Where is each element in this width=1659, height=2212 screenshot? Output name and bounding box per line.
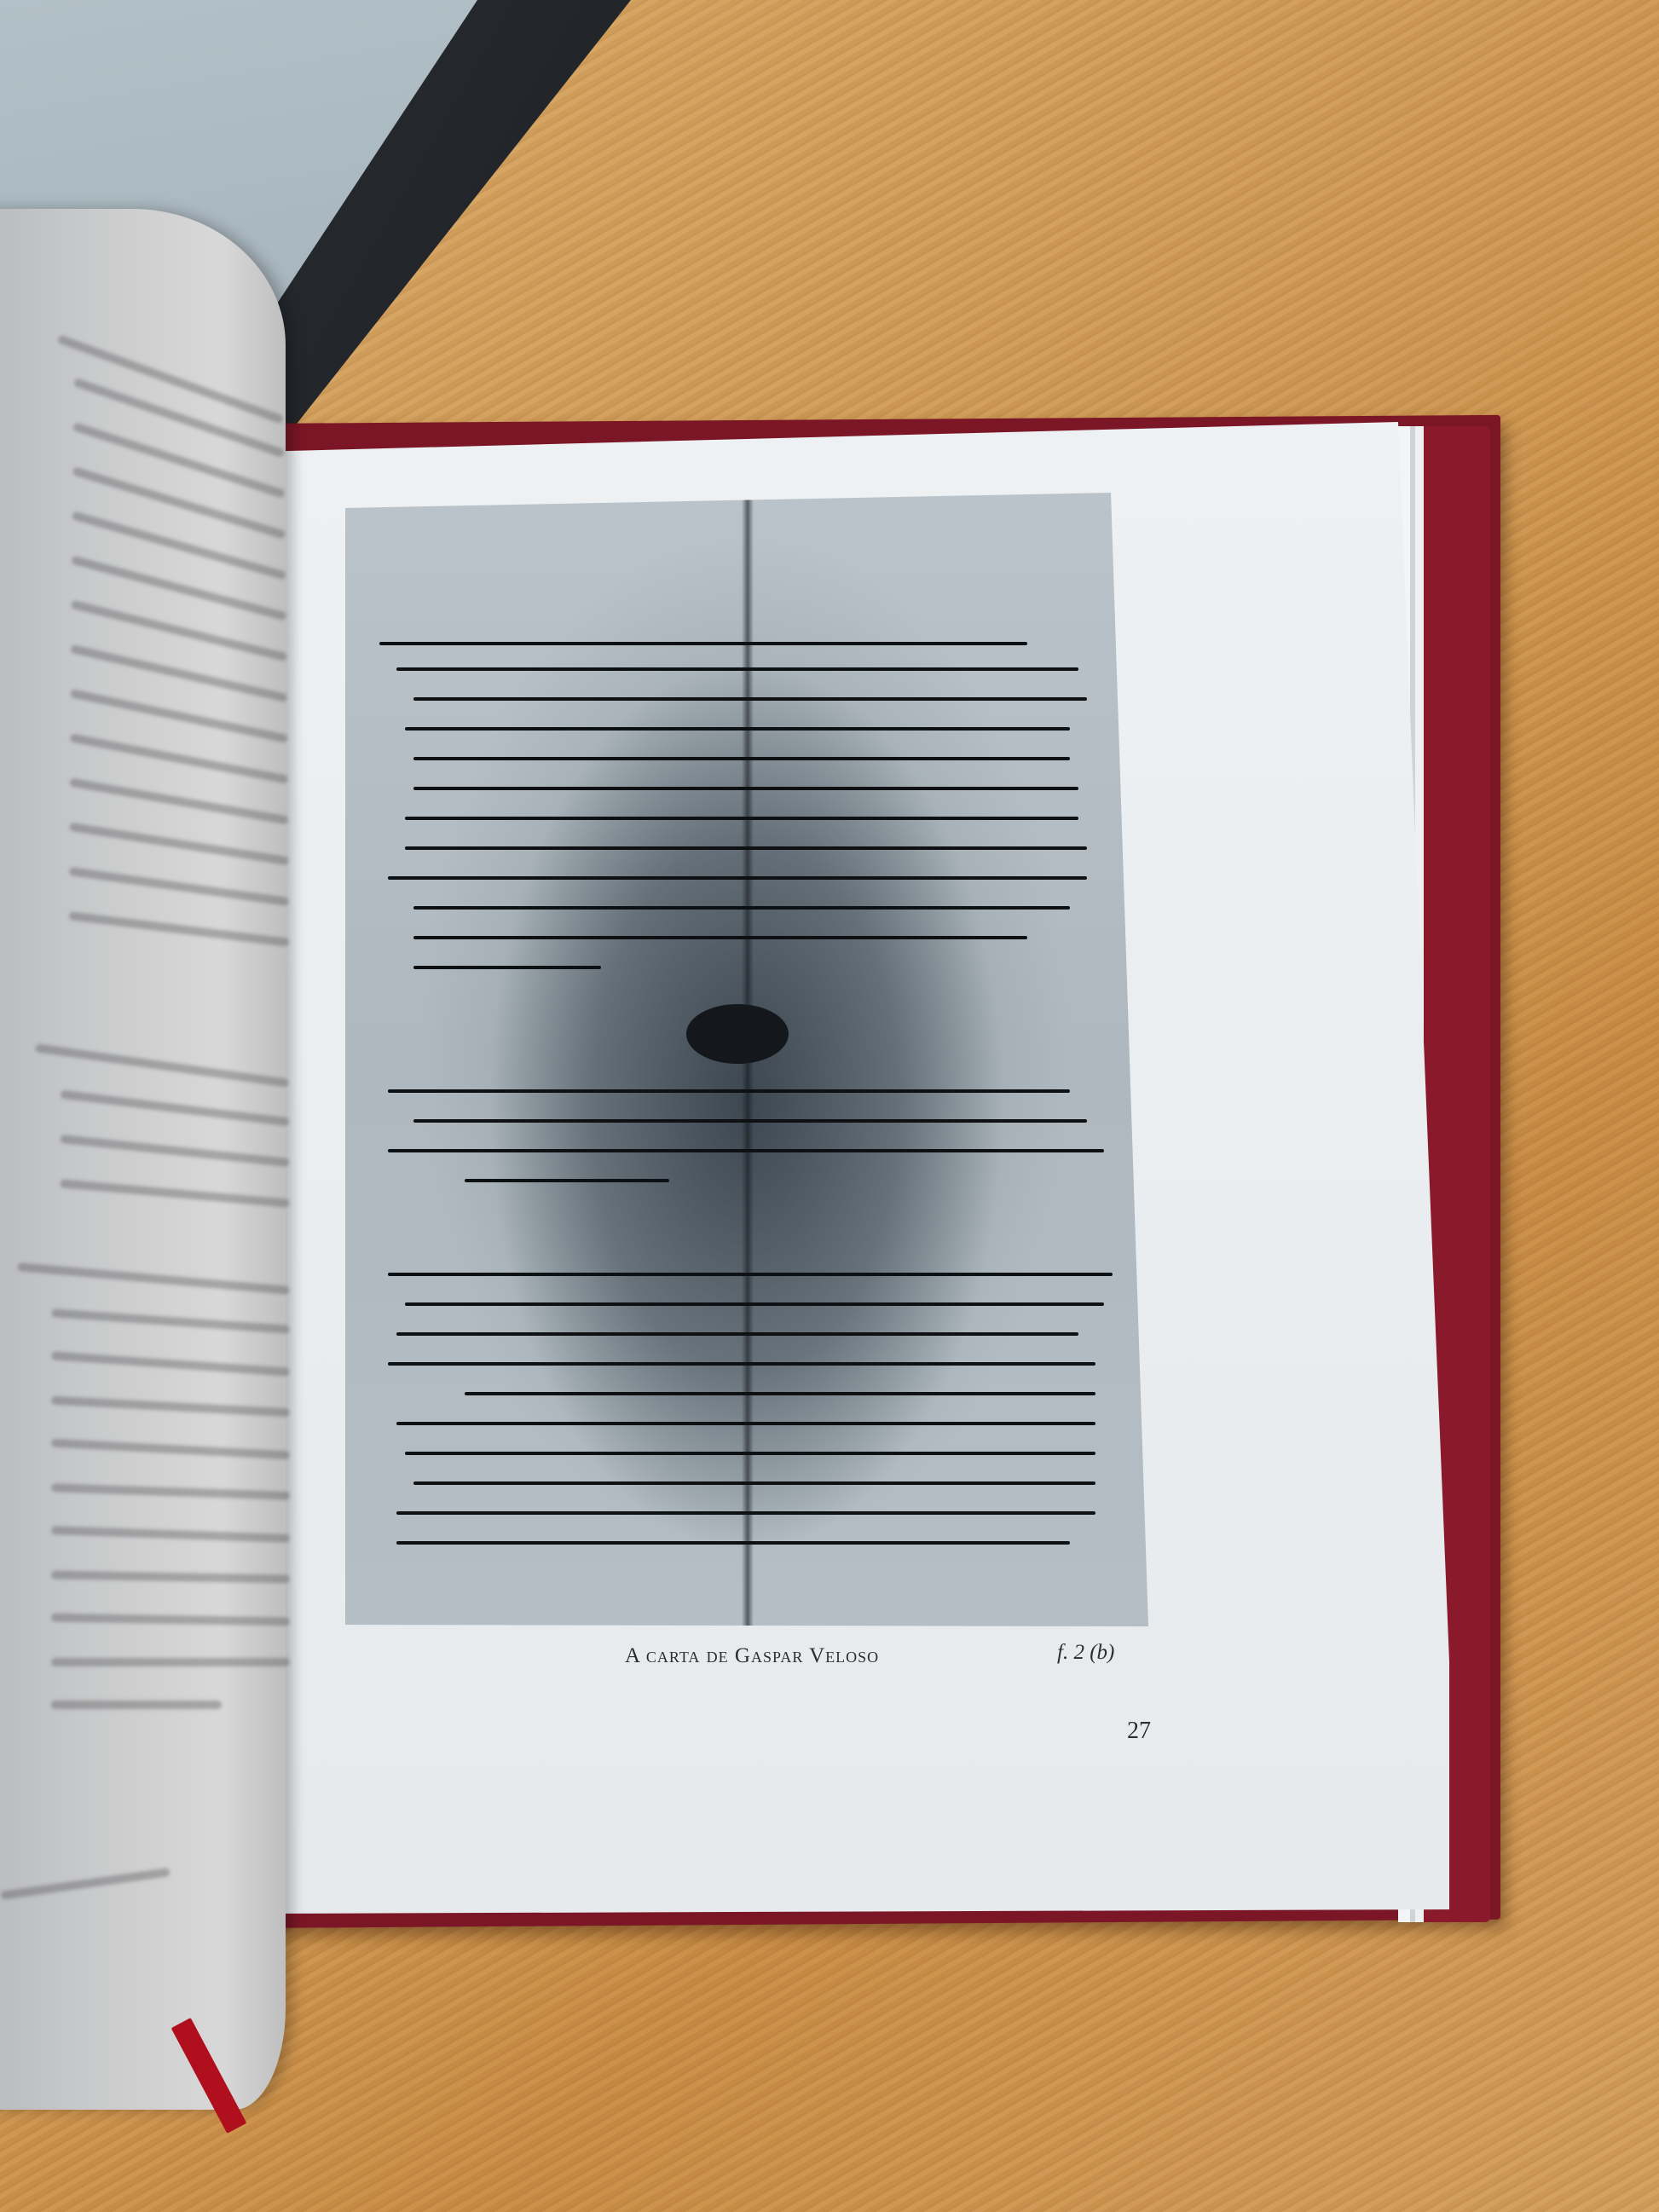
- script-line: [362, 1302, 1113, 1306]
- script-line: [362, 787, 1113, 790]
- script-line: [362, 1481, 1113, 1485]
- ink-blot: [686, 1004, 789, 1064]
- script-line: [362, 936, 1113, 939]
- script-line: [362, 1541, 1113, 1545]
- script-line: [362, 727, 1113, 731]
- table-surface: A carta de Gaspar Veloso f. 2 (b) 27: [0, 0, 1659, 2212]
- script-line: [362, 1273, 1113, 1276]
- script-line: [362, 1119, 1113, 1123]
- folio-reference: f. 2 (b): [1057, 1641, 1114, 1665]
- script-line: [362, 1511, 1113, 1515]
- script-line: [362, 757, 1113, 760]
- script-line: [362, 876, 1113, 880]
- script-line: [362, 1149, 1113, 1152]
- script-line: [362, 846, 1113, 850]
- script-line: [362, 1089, 1113, 1093]
- script-line: [362, 697, 1113, 701]
- script-line: [362, 1452, 1113, 1455]
- manuscript-plate: [345, 493, 1148, 1626]
- left-page: [0, 209, 286, 2110]
- script-line: [362, 642, 1113, 645]
- script-line: [362, 906, 1113, 910]
- script-line: [362, 817, 1113, 820]
- script-line: [362, 1179, 1113, 1182]
- script-line: [362, 1422, 1113, 1425]
- script-line: [362, 667, 1113, 671]
- script-line: [362, 1392, 1113, 1395]
- script-line: [362, 1332, 1113, 1336]
- script-line: [362, 1362, 1113, 1366]
- script-line: [362, 966, 1113, 969]
- plate-caption: A carta de Gaspar Veloso: [625, 1644, 879, 1668]
- page-number: 27: [1127, 1718, 1151, 1745]
